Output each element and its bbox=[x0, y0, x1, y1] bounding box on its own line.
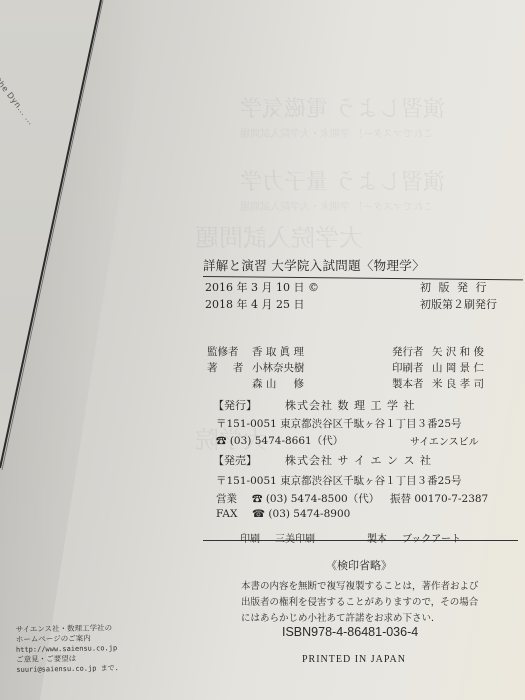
publisher-building: サイエンスビル bbox=[410, 433, 479, 448]
publisher-person-name: 矢 沢 和 俊 bbox=[432, 344, 484, 359]
isbn: ISBN978-4-86481-036-4 bbox=[282, 625, 418, 639]
binder-person-role: 製本者 bbox=[392, 376, 424, 391]
bleed-through-text: これでマスター！ 学期末・大学院入試問題 bbox=[240, 125, 433, 140]
printer-person-role: 印刷者 bbox=[392, 360, 424, 375]
publisher-phone: ☎ (03) 5474-8661（代） bbox=[216, 433, 343, 448]
publisher-name: 株式会社 数 理 工 学 社 bbox=[285, 397, 415, 413]
bleed-through-text: 大学院入試問題 bbox=[195, 218, 363, 253]
facing-page-footer: サイエンス社・数理工学社の ホームページのご案内 http://www.saie… bbox=[16, 623, 119, 675]
binder-person-name: 米 良 孝 司 bbox=[432, 376, 484, 391]
printing-label: 印刷 bbox=[240, 530, 260, 545]
supervisor-name: 香 取 眞 理 bbox=[252, 344, 304, 359]
supervisor-role: 監修者 bbox=[207, 344, 239, 359]
facing-page bbox=[0, 0, 210, 700]
first-edition-date: 2016 年 3 月 10 日 © bbox=[205, 279, 319, 295]
second-printing-date: 2018 年 4 月 25 日 bbox=[205, 296, 304, 312]
sales-phone: ☎ (03) 5474-8500（代） bbox=[252, 491, 379, 506]
sales-label: 営業 bbox=[216, 491, 237, 506]
bleed-through-text: 演習しよう 量子力学 bbox=[240, 165, 445, 196]
author-role: 著 者 bbox=[207, 360, 249, 375]
second-printing-label: 初版第２刷発行 bbox=[420, 296, 497, 312]
printed-in-japan: PRINTED IN JAPAN bbox=[302, 654, 406, 665]
seal-omitted: 《検印省略》 bbox=[326, 557, 392, 573]
postal-transfer-account: 振替 00170-7-2387 bbox=[390, 491, 488, 506]
author-name-2: 森 山 修 bbox=[252, 376, 304, 391]
contact-email: suuri@saiensu.co.jp まで. bbox=[16, 663, 119, 675]
copyright-notice-line-2: 出版者の権利を侵害することがありますので，その場合 bbox=[241, 595, 478, 611]
author-name-1: 小林奈央樹 bbox=[252, 360, 305, 375]
bleed-through-text: これでマスター！ 学期末・大学院入試問題 bbox=[240, 198, 433, 213]
binding-company: ブックアート bbox=[402, 530, 461, 545]
distributor-label: 【発売】 bbox=[213, 452, 257, 468]
binding-label: 製本 bbox=[367, 530, 387, 545]
fax-label: FAX bbox=[216, 508, 237, 520]
fax-number: ☎ (03) 5474-8900 bbox=[252, 508, 350, 520]
book-title: 詳解と演習 大学院入試問題〈物理学〉 bbox=[203, 256, 503, 274]
distributor-name: 株式会社 サ イ エ ン ス 社 bbox=[285, 452, 432, 468]
copyright-notice-line-1: 本書の内容を無断で複写複製することは，著作者および bbox=[241, 579, 479, 595]
printing-company: 三美印刷 bbox=[275, 530, 315, 545]
bleed-through-text: 演習しよう 電磁気学 bbox=[240, 92, 445, 123]
publisher-address: 〒151-0051 東京都渋谷区千駄ヶ谷１丁目３番25号 bbox=[216, 416, 462, 431]
printer-person-name: 山 岡 景 仁 bbox=[432, 360, 484, 375]
distributor-address: 〒151-0051 東京都渋谷区千駄ヶ谷１丁目３番25号 bbox=[216, 473, 462, 488]
first-edition-label: 初 版 発 行 bbox=[420, 279, 489, 295]
publisher-label: 【発行】 bbox=[213, 397, 257, 413]
publisher-person-role: 発行者 bbox=[392, 344, 424, 359]
